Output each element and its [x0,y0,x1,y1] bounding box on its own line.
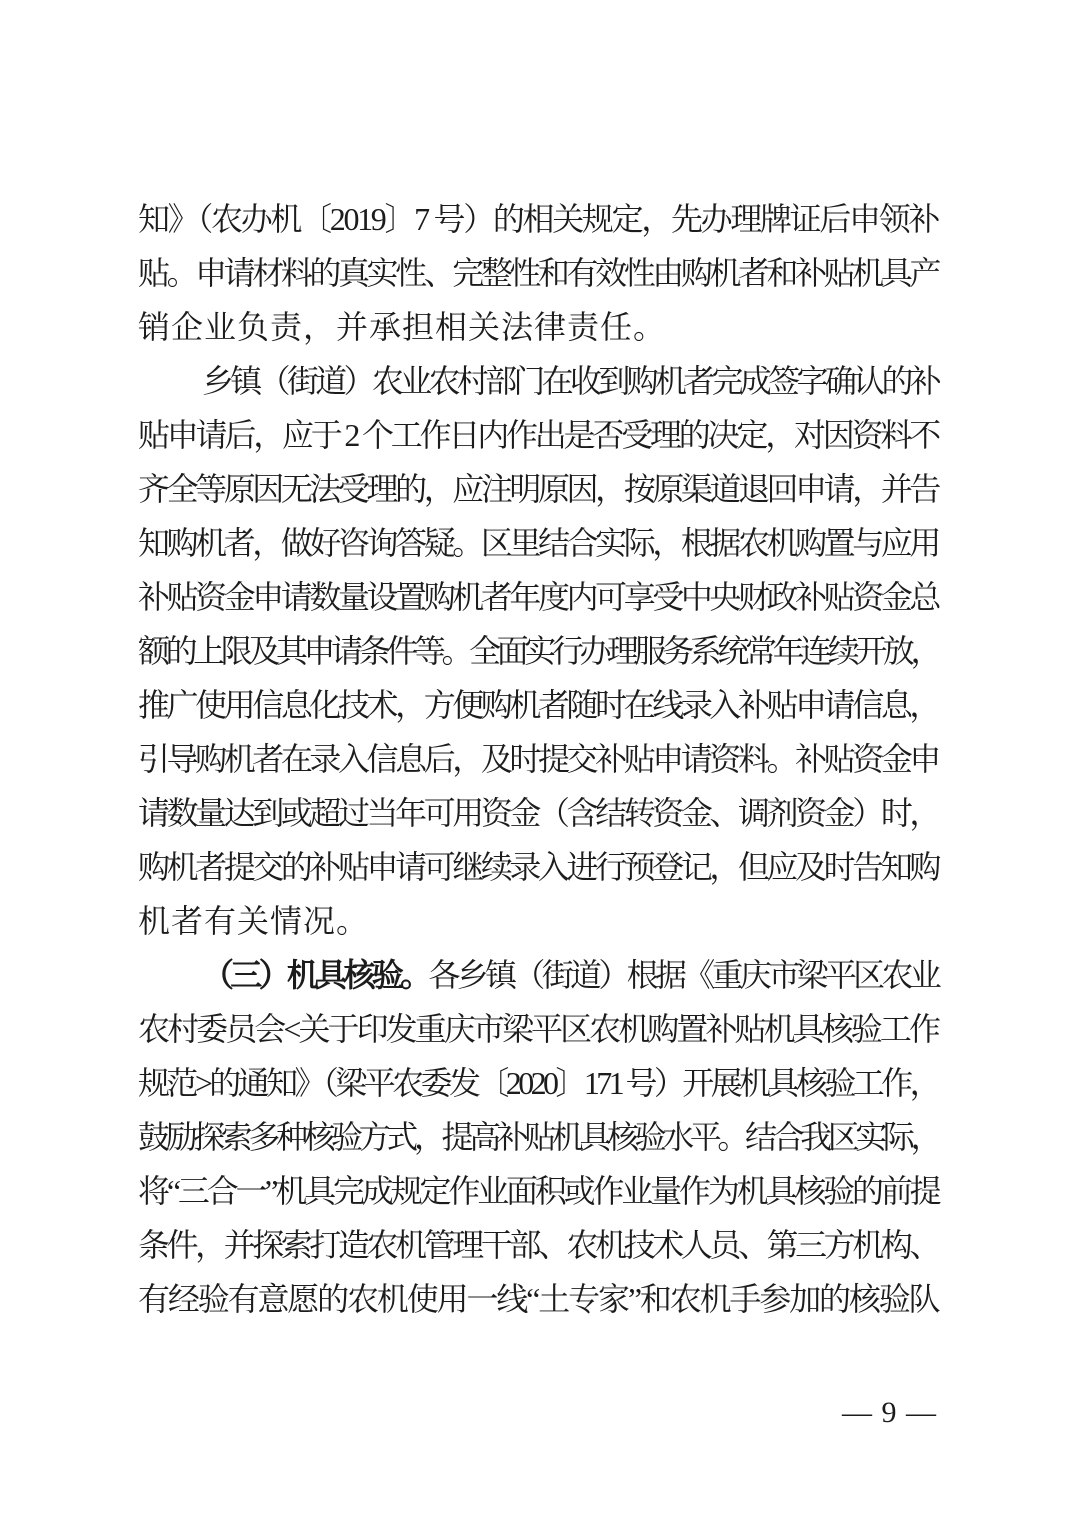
text-run: 各乡镇（街道）根据《重庆市梁平区农业 [428,957,938,993]
text-line: 乡镇（街道）农业农村部门在收到购机者完成签字确认的补 [138,354,938,408]
text-line: 补贴资金申请数量设置购机者年度内可享受中央财政补贴资金总 [138,570,938,624]
text-line: 销企业负责，并承担相关法律责任。 [138,300,938,354]
text-line: 规范>的通知》（梁平农委发〔2020〕171 号）开展机具核验工作， [138,1056,938,1110]
text-line: 机者有关情况。 [138,894,938,948]
text-line: （三）机具核验。各乡镇（街道）根据《重庆市梁平区农业 [138,948,938,1002]
document-body: 知》（农办机〔2019〕7 号）的相关规定，先办理牌证后申领补贴。申请材料的真实… [138,192,938,1326]
text-line: 购机者提交的补贴申请可继续录入进行预登记，但应及时告知购 [138,840,938,894]
text-line: 条件，并探索打造农机管理干部、农机技术人员、第三方机构、 [138,1218,938,1272]
text-line: 请数量达到或超过当年可用资金（含结转资金、调剂资金）时， [138,786,938,840]
text-line: 推广使用信息化技术，方便购机者随时在线录入补贴申请信息， [138,678,938,732]
text-line: 知购机者，做好咨询答疑。区里结合实际，根据农机购置与应用 [138,516,938,570]
text-line: 贴。申请材料的真实性、完整性和有效性由购机者和补贴机具产 [138,246,938,300]
text-line: 知》（农办机〔2019〕7 号）的相关规定，先办理牌证后申领补 [138,192,938,246]
text-line: 引导购机者在录入信息后，及时提交补贴申请资料。补贴资金申 [138,732,938,786]
page-number: — 9 — [842,1392,937,1434]
document-page: 知》（农办机〔2019〕7 号）的相关规定，先办理牌证后申领补贴。申请材料的真实… [0,0,1074,1520]
text-line: 鼓励探索多种核验方式，提高补贴机具核验水平。结合我区实际， [138,1110,938,1164]
text-line: 有经验有意愿的农机使用一线“土专家”和农机手参加的核验队 [138,1272,938,1326]
text-line: 农村委员会<关于印发重庆市梁平区农机购置补贴机具核验工作 [138,1002,938,1056]
text-line: 贴申请后，应于 2 个工作日内作出是否受理的决定，对因资料不 [138,408,938,462]
text-line: 将“三合一”机具完成规定作业面积或作业量作为机具核验的前提 [138,1164,938,1218]
text-line: 齐全等原因无法受理的，应注明原因，按原渠道退回申请，并告 [138,462,938,516]
text-line: 额的上限及其申请条件等。全面实行办理服务系统常年连续开放， [138,624,938,678]
section-heading: （三）机具核验。 [202,957,428,993]
